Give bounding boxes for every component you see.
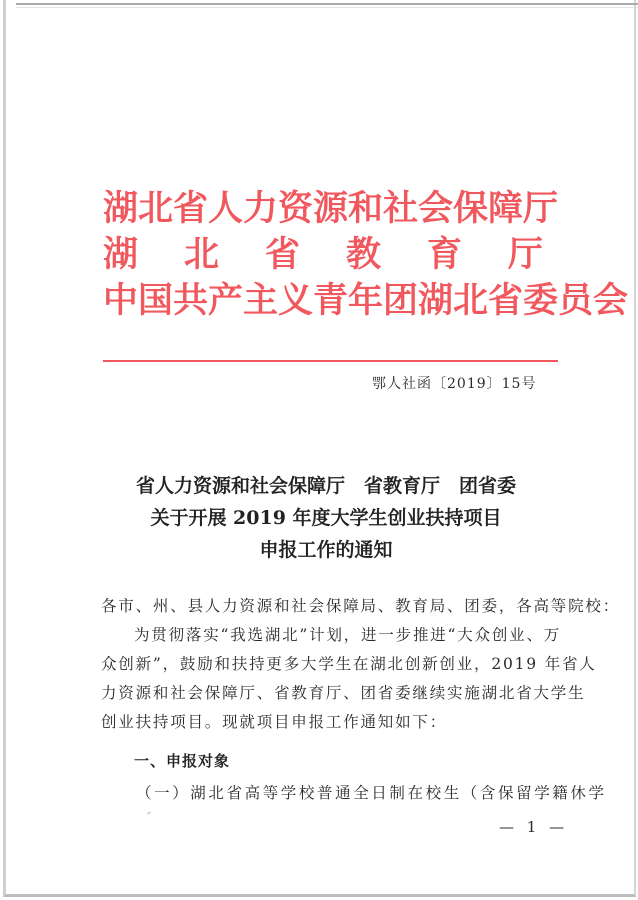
document-title: 省人力资源和社会保障厅 省教育厅 团省委 关于开展 2019 年度大学生创业扶持… bbox=[86, 470, 566, 566]
letterhead-char: 育 bbox=[427, 232, 462, 278]
scan-top-edge-shadow bbox=[16, 7, 638, 8]
letterhead-line-3: 中国共产主义青年团湖北省委员会 bbox=[103, 278, 553, 324]
title-line-1: 省人力资源和社会保障厅 省教育厅 团省委 bbox=[86, 470, 566, 502]
paragraph-line: 为贯彻落实“我选湖北”计划，进一步推进“大众创业、万 bbox=[101, 621, 556, 650]
red-separator-line bbox=[103, 360, 558, 362]
section-heading: 一、申报对象 bbox=[134, 750, 230, 771]
paragraph-line: 众创新”，鼓励和扶持更多大学生在湖北创新创业，2019 年省人 bbox=[101, 650, 556, 679]
subsection-item: （一）湖北省高等学校普通全日制在校生（含保留学籍休学 bbox=[136, 781, 607, 803]
body-text: 各市、州、县人力资源和社会保障局、教育局、团委，各高等院校： 为贯彻落实“我选湖… bbox=[101, 592, 556, 737]
scan-speck bbox=[147, 811, 151, 815]
title-line-3: 申报工作的通知 bbox=[86, 534, 566, 566]
document-page: 湖北省人力资源和社会保障厅 湖 北 省 教 育 厅 中国共产主义青年团湖北省委员… bbox=[3, 0, 636, 897]
paragraph-line: 创业扶持项目。现就项目申报工作通知如下： bbox=[101, 708, 556, 737]
letterhead-line-2: 湖 北 省 教 育 厅 bbox=[103, 232, 543, 278]
title-line-2: 关于开展 2019 年度大学生创业扶持项目 bbox=[86, 502, 566, 534]
scan-top-edge bbox=[16, 3, 638, 5]
letterhead-char: 厅 bbox=[508, 232, 543, 278]
letterhead: 湖北省人力资源和社会保障厅 湖 北 省 教 育 厅 中国共产主义青年团湖北省委员… bbox=[103, 186, 553, 324]
letterhead-char: 北 bbox=[184, 232, 219, 278]
paragraph-line: 力资源和社会保障厅、省教育厅、团省委继续实施湖北省大学生 bbox=[101, 679, 556, 708]
document-number: 鄂人社函〔2019〕15号 bbox=[372, 373, 552, 393]
letterhead-char: 湖 bbox=[103, 232, 138, 278]
addressee: 各市、州、县人力资源和社会保障局、教育局、团委，各高等院校： bbox=[101, 592, 556, 621]
page-number: — 1 — bbox=[499, 818, 568, 836]
letterhead-char: 省 bbox=[265, 232, 300, 278]
letterhead-char: 教 bbox=[346, 232, 381, 278]
letterhead-line-1: 湖北省人力资源和社会保障厅 bbox=[103, 186, 553, 232]
